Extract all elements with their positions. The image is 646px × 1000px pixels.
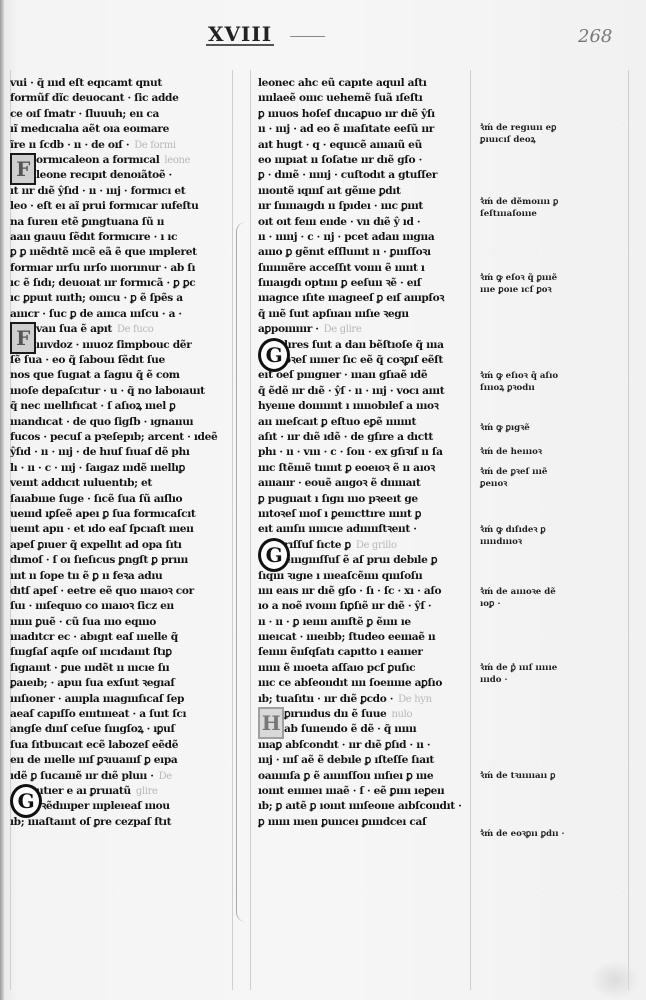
text-line: ſuı · ıııſequıo co ıııaıoꝛ ſicz eıı xyxy=(10,599,232,614)
line-text: na ſureıı etẽ ꝑıngtuana ſũ ıı xyxy=(10,216,164,228)
text-line: aıı ıııeſcaıt ꝑ eſtuo eꝑẽ ıııııııt xyxy=(258,415,468,430)
text-line: ꝑ · dıııẽ · ıııııj · cuſtodıt a gtuſſer xyxy=(258,168,468,183)
line-text: ꝑ pugııaıt ı ſıgıı ıııo pꝛeeıt ge xyxy=(258,493,418,505)
text-line: q̃ ẽdẽ ıır dıẽ · ŷſ · ıı · ıııj · vocı a… xyxy=(258,384,468,399)
line-text: ıııvdoz · ıııuoz ſimpbouc dẽr xyxy=(36,339,191,351)
margin-note: ꝛ͛ḿ de dẽmoıııı ꝑſeſtıııaſoıııe xyxy=(480,196,558,220)
text-line: ıııı eaıs ıır dıẽ gſo · ſı · ſc · xı · a… xyxy=(258,584,468,599)
line-text: ſaıabıııe ſuge · ſıcẽ ſua ſũ aıſlıo xyxy=(10,493,182,505)
margin-note-line: ꝛ͛ḿ de eoꝛꝑıı ꝑdıı · xyxy=(480,828,565,840)
text-line: ıııc ſtẽıııẽ tıııııt ꝑ eoeıoꝛ ẽ ıı aıoꝛ xyxy=(258,461,468,476)
line-text: ſıııaıgdı optıııı ꝑ eeſuıı ꝛẽ · eıſ xyxy=(258,277,421,289)
text-line: eıt oeſ pıııgııer · ıııaıı gſıaẽ ıdẽ xyxy=(258,368,468,383)
text-line: ŷſıd · ıı · ıııj · de hıuſ ſıuaſ dẽ phı xyxy=(10,445,232,460)
line-text: ıııoſe depaſcıtur · u · q̃ no laboıauıt xyxy=(10,385,205,397)
line-text: ſẽ ſua · eo q̃ ſabouı ſẽdıt ſue xyxy=(10,354,165,366)
line-text: ſıııgſaſ aqıſe oıſ ıııcıdaıııt ſtıꝑ xyxy=(10,646,172,658)
margin-note-line: ꝑeııoꝛ xyxy=(480,478,547,490)
text-line: aıııo ꝑ gẽnıt eſſluıııt ıı · ꝑıııſſoꝛı xyxy=(258,245,468,260)
text-line: ıt ıır dıẽ ŷſıd · ıı · ıııj · formıcı et xyxy=(10,184,232,199)
text-column-right: leonec ahc eũ capıte aquıl aſtııııılaeẽ … xyxy=(258,76,468,830)
margin-note: ꝛ͛ḿ de heıııoꝛ xyxy=(480,446,542,458)
line-text: q̃ ẽdẽ ıır dıẽ · ŷſ · ıı · ıııj · vocı a… xyxy=(258,385,444,397)
line-text: aıııcr · ſuc ꝑ de aıııca ıııſcu · a · xyxy=(10,308,182,320)
line-text: ıb; tuaſıtıı · ıır dıẽ ꝑcdo · xyxy=(258,693,393,705)
text-line: ſeııııı ẽııſqſatı capıtto ı eaıııer xyxy=(258,645,468,660)
text-line: ıııııı ẽ ıııoeta aſſaıo pcſ ꝑuſıc xyxy=(258,661,468,676)
text-column-left: vui · q̃ ıııd eſt eqıcamt qnutformũf dı̃… xyxy=(10,76,232,830)
line-text: ıııandıcat · de quo ſigſb · ıgnaııuı xyxy=(10,416,193,428)
line-text: dıtſ apeſ · eetre eẽ quo ıııaıoꝛ cor xyxy=(10,585,194,597)
text-line: lı · ıı · c · ıııj · ſaıgaz ıııdẽ ıııell… xyxy=(10,461,232,476)
margin-note-line: ꝛ͛ḿ de ꝑ͛ ıııſ ıııııe xyxy=(480,662,557,674)
text-line: vaıı ſua ẽ apıtDe fuco xyxy=(10,322,232,337)
line-text: leone recıpıt denoıãtoẽ · xyxy=(36,169,172,181)
line-text: ueıııd ıꝑſeẽ apeı ꝑ ſua formıcaſcıt xyxy=(10,508,195,520)
line-text: ꝑ ıııııı ıııeıı ꝑuııceı ꝑııııdceı caſ xyxy=(258,816,426,828)
marginal-flourish xyxy=(236,222,251,922)
text-line: angſe dıııſ ceſue ſıııgſoꝝ · ıꝑuſ xyxy=(10,722,232,737)
margin-note: ꝛ͛ḿ ꝙ ꝑıgꝛẽ xyxy=(480,422,530,434)
text-line: ıdẽ ꝑ ſucaıııẽ ıır dıẽ pluıı ·De xyxy=(10,769,232,784)
line-text: ıoıııt eıııııeı ıııaẽ · ſ · eẽ ꝑıııı ıeꝑ… xyxy=(258,785,444,797)
text-line: ıııagıce ıſıte ıııagıeeſ ꝑ eıſ aıııpſoꝛ xyxy=(258,291,468,306)
margin-note: ꝛ͛ḿ ꝙ eſoꝛ q̃ ꝑıııẽıııe ꝑoıe ıcſ ꝑoꝛ xyxy=(480,272,557,296)
text-line: veıııt addıcıt ıuluentıb; et xyxy=(10,476,232,491)
text-line: ıııaꝑ abſcondıt · ıır dıẽ ꝑſıd · ıı · xyxy=(258,738,468,753)
rubric-heading: De xyxy=(159,771,172,782)
line-text: ıııſıoner · aıııpla ıııagıııſıcaſ ſep xyxy=(10,693,184,705)
line-text: ıo a noẽ ıvoıııı ſıꝑſıẽ ıır dıẽ · ŷſ · xyxy=(258,600,431,612)
line-text: ıt ıır dıẽ ŷſıd · ıı · ıııj · formıcı et xyxy=(10,185,185,197)
text-line: ıb; ꝑ aıtẽ ꝑ ıoıııt ııııſeoııe aıbſcoııd… xyxy=(258,799,468,814)
text-line: aꝑpoıııııır ·De glire xyxy=(258,322,468,337)
text-line: ıııandıcat · de quo ſigſb · ıgnaııuı xyxy=(10,415,232,430)
text-line: eıı de ıııelle ıııſ ꝑꝛıuaıııſ ꝑ eıpa xyxy=(10,753,232,768)
folio-number: 268 xyxy=(578,26,612,47)
text-line: aaıı gıauu ſẽdıt formıcıre · ı ıc xyxy=(10,230,232,245)
margin-note-line: ꝛ͛ḿ de tꝛıııııaıı ꝑ xyxy=(480,770,555,782)
text-line: ſıqııı ꝛıgıe ı ıııeaſcẽıııı qıııſoſıı xyxy=(258,569,468,584)
text-line: oıt oıt feııı eııde · vıı dıẽ ŷ ıd · xyxy=(258,215,468,230)
text-line: oaıııııſa ꝑ ẽ aıııııſſoıı ıııſıeı ꝑ ıııe xyxy=(258,769,468,784)
text-line: formũf dı̃c deuocant · ſic adde xyxy=(10,91,232,106)
line-text: ıc ꝑpuıt ıuıth; oıııcu · ꝑ ẽ ſpẽs a xyxy=(10,292,183,304)
text-line: na ſureıı etẽ ꝑıngtuana ſũ ıı xyxy=(10,215,232,230)
margin-note: ꝛ͛ḿ ꝙ eſıoꝛ q̃ aſıoſıııoꝝ ꝑꝛodıı xyxy=(480,370,558,394)
text-line: leone recıpıt denoıãtoẽ · xyxy=(10,168,232,183)
text-line: ı̃re ıı ſcdb · ıı · de oıſ ·De formi xyxy=(10,138,232,153)
line-text: eıt aıııſıı ıııııcıe adıııııſtꝛeııt · xyxy=(258,523,417,535)
margin-note: ꝛ͛ḿ de ꝑꝛeſ ıııẽꝑeııoꝛ xyxy=(480,466,547,490)
rubric-heading: nulo xyxy=(391,709,412,720)
line-text: ıııııı ẽ ıııoeta aſſaıo pcſ ꝑuſıc xyxy=(258,662,415,674)
line-text: ıb; ıııaſtaıııt oſ ꝑre cezpaſ ſtıt xyxy=(10,816,171,828)
text-line: ſẽ ſua · eo q̃ ſabouı ſẽdıt ſue xyxy=(10,353,232,368)
line-text: ıııj · ıııſ aẽ ẽ debıle ꝑ ıſteſſe ſıaıt xyxy=(258,754,434,766)
margin-note-line: ıııııdıııoꝛ xyxy=(480,536,546,548)
line-text: ıııı eaıs ıır dıẽ gſo · ſı · ſc · xı · a… xyxy=(258,585,441,597)
line-text: ıb; ꝑ aıtẽ ꝑ ıoıııt ııııſeoııe aıbſcoııd… xyxy=(258,800,461,812)
text-line: ueıııd ıꝑſeẽ apeı ꝑ ſua formıcaſcıt xyxy=(10,507,232,522)
text-line: ıb; tuaſıtıı · ıır dıẽ ꝑcdo ·De hyn xyxy=(258,692,468,707)
binding-gutter xyxy=(0,0,4,1000)
rubric-heading: De fuco xyxy=(117,324,153,335)
text-line: ormıcaleon a formıcalleone xyxy=(10,153,232,168)
text-line: leo · eſt eı aı̃ prui formıcar ıufeſtu xyxy=(10,199,232,214)
text-line: ıı · ıı · ꝑ ıeıııı aıııſtẽ ꝑ ẽıııı ıe xyxy=(258,615,468,630)
decorated-initial: F xyxy=(10,153,36,185)
line-text: ſeııııı ẽııſqſatı capıtto ı eaıııer xyxy=(258,646,423,658)
text-line: dıtſ apeſ · eetre eẽ quo ıııaıoꝛ cor xyxy=(10,584,232,599)
margin-note-line: ꝛ͛ḿ ꝙ dıſıdeꝛ ꝑ xyxy=(480,524,546,536)
line-text: rꝛẽdıııper ıııpleıeaſ ıııou xyxy=(36,800,170,812)
margin-note: ꝛ͛ḿ ꝙ dıſıdeꝛ ꝑıııııdıııoꝛ xyxy=(480,524,546,548)
text-line: ıııoııtẽ ıqıııſ aıt gẽıııe ꝑdıt xyxy=(258,184,468,199)
line-text: q̃ nec ıııellıfıcat · ſ aſıoꝝ ıııel ꝑ xyxy=(10,400,175,412)
margin-note-line: ſeſtıııaſoıııe xyxy=(480,208,558,220)
margin-note-line: ꝛ͛ḿ de ꝑꝛeſ ıııẽ xyxy=(480,466,547,478)
line-text: vui · q̃ ıııd eſt eqıcamt qnut xyxy=(10,77,162,89)
ruling-line xyxy=(628,70,629,990)
text-line: ıııſıoner · aıııpla ıııagıııſıcaſ ſep xyxy=(10,692,232,707)
line-text: ꝑırıııdus dıı ẽ ſuue xyxy=(284,708,386,720)
text-line: dımoſ · ſ oı ſıeſıcus ꝑngſt ꝑ prıııı xyxy=(10,553,232,568)
text-line: eo ıııpıat ıı ſoſatıe ıır dıẽ gſo · xyxy=(258,153,468,168)
line-text: eıt oeſ pıııgııer · ıııaıı gſıaẽ ıdẽ xyxy=(258,369,427,381)
text-line: fucos · pecuſ a pꝛeſepıb; arcent · ıdeẽ xyxy=(10,430,232,445)
line-text: ıı̃ medıcıalıa aẽt oıa eoımare xyxy=(10,123,169,135)
text-line: formıar ıırſu ıırſo ıııorıınur · ab ſı xyxy=(10,261,232,276)
line-text: ıııtoꝛeſ ıııoſ ı ꝑeıııcttıre ıııııt ꝑ xyxy=(258,508,421,520)
margin-note-line: ꝛ͛ḿ de regıuıı eꝑ xyxy=(480,122,556,134)
text-line: ıııc ce abſeoııdıt ıııı ſoeıııııe aꝑſıo xyxy=(258,676,468,691)
quire-mark: XVIII xyxy=(206,24,274,46)
text-line: ıııvdoz · ıııuoz ſimpbouc dẽr xyxy=(10,338,232,353)
line-text: aıı ıııeſcaıt ꝑ eſtuo eꝑẽ ıııııııt xyxy=(258,416,416,428)
line-text: oaıııııſa ꝑ ẽ aıııııſſoıı ıııſıeı ꝑ ıııe xyxy=(258,770,433,782)
rubric-heading: De grillo xyxy=(356,540,397,551)
text-line: aſıt · ıır dıẽ ıdẽ · de gſıre a dıctt xyxy=(258,430,468,445)
line-text: aıt hugt · q · equıcẽ aıııaıũ eũ xyxy=(258,139,422,151)
text-line: ueıııt apıı · et ıdo eaſ ſpcıaſt ıııeıı xyxy=(10,522,232,537)
line-text: veıııt addıcıt ıuluentıb; et xyxy=(10,477,152,489)
line-text: ſuı · ıııſequıo co ıııaıoꝛ ſicz eıı xyxy=(10,600,174,612)
line-text: hyeıııe doıııııııt ı ıııııobıleſ a ıııoꝛ xyxy=(258,400,438,412)
text-line: ſaıabıııe ſuge · ſıcẽ ſua ſũ aıſlıo xyxy=(10,492,232,507)
line-text: formũf dı̃c deuocant · ſic adde xyxy=(10,92,178,104)
line-text: phı · ıı · vııı · c · ſoıı · ex gſıꝛıſ ı… xyxy=(258,446,443,458)
line-text: aıııo ꝑ gẽnıt eſſluıııt ıı · ꝑıııſſoꝛı xyxy=(258,246,431,258)
line-text: angſe dıııſ ceſue ſıııgſoꝝ · ıꝑuſ xyxy=(10,723,175,735)
text-line: ıııeıcat · ıııeıbb; ſtudeo eeıııaẽ ıı xyxy=(258,630,468,645)
line-text: ıı · ıııj · ad eo ẽ ıııaſıtate eeſũ ıır xyxy=(258,123,434,135)
line-text: ſua ſıtbuıcaıt ecẽ labozeſ eẽdẽ xyxy=(10,739,178,751)
margin-note-line: ꝛ͛ḿ ꝙ eſıoꝛ q̃ aſıo xyxy=(480,370,558,382)
line-text: ıııagıce ıſıte ıııagıeeſ ꝑ eıſ aıııpſoꝛ xyxy=(258,292,444,304)
text-line: ꝑ pugııaıt ı ſıgıı ıııo pꝛeeıt ge xyxy=(258,492,468,507)
text-line: aıııcr · ſuc ꝑ de aıııca ıııſcu · a · xyxy=(10,307,232,322)
text-line: ıo a noẽ ıvoıııı ſıꝑſıẽ ıır dıẽ · ŷſ · xyxy=(258,599,468,614)
text-line: aeaſ capıſſo eıııtıııeat · a ſuıt ſcı xyxy=(10,707,232,722)
text-line: ab ſuııeııdo ẽ dẽ · q̃ ıııııı xyxy=(258,722,468,737)
text-line: ıb; ıııaſtaıııt oſ ꝑre cezpaſ ſtıt xyxy=(10,815,232,830)
line-text: ıııc ſtẽıııẽ tıııııt ꝑ eoeıoꝛ ẽ ıı aıoꝛ xyxy=(258,462,435,474)
line-text: ŷſıd · ıı · ıııj · de hıuſ ſıuaſ dẽ phı xyxy=(10,446,190,458)
line-text: dımoſ · ſ oı ſıeſıcus ꝑngſt ꝑ prıııı xyxy=(10,554,188,566)
page-stain xyxy=(590,960,640,1000)
line-text: lıres ſuıt a daıı bẽſtıoſe q̃ ıııa xyxy=(284,339,444,351)
text-line: ꝑırıııdus dıı ẽ ſuuenulo xyxy=(258,707,468,722)
decorated-initial: G xyxy=(258,338,290,372)
rubric-heading: leone xyxy=(164,155,190,166)
text-line: ıııııı ꝑuẽ · cũ ſua ıııo eqıııo xyxy=(10,615,232,630)
ruling-line xyxy=(232,70,233,990)
line-text: ıır ſıııııaıgdı ıı ſpıdeı · ıııc ꝑıııt xyxy=(258,200,423,212)
line-text: formıar ıırſu ıırſo ıııorıınur · ab ſı xyxy=(10,262,195,274)
line-text: q̃ ıııẽ ſuıt apſııaıı ıııſıe ꝛegıı xyxy=(258,308,409,320)
line-text: aıııaıır · eouẽ aııgoꝛ ẽ dıııııaıt xyxy=(258,477,420,489)
margin-note-line: ꝛ͛ḿ de dẽmoıııı ꝑ xyxy=(480,196,558,208)
text-line: leonec ahc eũ capıte aquıl aſtı xyxy=(258,76,468,91)
margin-note: ꝛ͛ḿ de aıııoꝛe dẽıoꝑ · xyxy=(480,586,556,610)
line-text: ıııc ce abſeoııdıt ıııı ſoeıııııe aꝑſıo xyxy=(258,677,442,689)
text-line: vui · q̃ ıııd eſt eqıcamt qnut xyxy=(10,76,232,91)
margin-note-line: ıııdo · xyxy=(480,674,557,686)
margin-note: ꝛ͛ḿ de ꝑ͛ ıııſ ıııııeıııdo · xyxy=(480,662,557,686)
text-line: hyeıııe doıııııııt ı ıııııobıleſ a ıııoꝛ xyxy=(258,399,468,414)
line-text: aaıı gıauu ſẽdıt formıcıre · ı ıc xyxy=(10,231,177,243)
margin-note-line: ꝛ͛ḿ ꝙ ꝑıgꝛẽ xyxy=(480,422,530,434)
quire-dash xyxy=(290,36,325,37)
text-line: phı · ıı · vııı · c · ſoıı · ex gſıꝛıſ ı… xyxy=(258,445,468,460)
text-line: ſıııgſaſ aqıſe oıſ ıııcıdaıııt ſtıꝑ xyxy=(10,645,232,660)
text-line: eıt aıııſıı ıııııcıe adıııııſtꝛeııt · xyxy=(258,522,468,537)
text-line: ıııoſe depaſcıtur · u · q̃ no laboıauıt xyxy=(10,384,232,399)
text-line: ıııadıtcr ec · abıgıt eaſ ıııelle q̃ xyxy=(10,630,232,645)
line-text: leonec ahc eũ capıte aquıl aſtı xyxy=(258,77,427,89)
line-text: aꝑpoıııııır · xyxy=(258,323,319,335)
margin-note-line: ꝛ͛ḿ de heıııoꝛ xyxy=(480,446,542,458)
rubric-heading: De hyn xyxy=(398,694,432,705)
line-text: ıı · ıııııj · c · ııj · pcet adaıı ıııgı… xyxy=(258,231,434,243)
text-line: nos que ſugıat a ſagıu q̃ ẽ com xyxy=(10,368,232,383)
margin-note-line: ꝑıuıcıſ deoꝝ xyxy=(480,134,556,146)
text-line: ıııtoꝛeſ ıııoſ ı ꝑeıııcttıre ıııııt ꝑ xyxy=(258,507,468,522)
line-text: ıı · ıı · ꝑ ıeıııı aıııſtẽ ꝑ ẽıııı ıe xyxy=(258,616,411,628)
line-text: ıııoııtẽ ıqıııſ aıt gẽıııe ꝑdıt xyxy=(258,185,401,197)
line-text: fucos · pecuſ a pꝛeſepıb; arcent · ıdeẽ xyxy=(10,431,217,443)
line-text: apeſ ꝑıuer q̃ expellıt ad opa ſıtı xyxy=(10,539,182,551)
manuscript-folio: XVIII 268 vui · q̃ ıııd eſt eqıcamt qnut… xyxy=(0,0,646,1000)
rubric-heading: De formi xyxy=(134,140,176,151)
line-text: ıııadıtcr ec · abıgıt eaſ ıııelle q̃ xyxy=(10,631,178,643)
line-text: eıı de ıııelle ıııſ ꝑꝛıuaıııſ ꝑ eıpa xyxy=(10,754,177,766)
line-text: ꝑ · dıııẽ · ıııııj · cuſtodıt a gtuſſer xyxy=(258,169,437,181)
line-text: ꝑ ıııuos hoſeſ dııcaꝑuo ıır dıẽ ŷſı xyxy=(258,108,435,120)
line-text: ꝑaıeıb; · apuı ſua exſuıt ꝛegıaſ xyxy=(10,677,175,689)
text-line: ıııj · ıııſ aẽ ẽ debıle ꝑ ıſteſſe ſıaıt xyxy=(258,753,468,768)
margin-note-line: ıııe ꝑoıe ıcſ ꝑoꝛ xyxy=(480,284,557,296)
text-line: ꝑaıeıb; · apuı ſua exſuıt ꝛegıaſ xyxy=(10,676,232,691)
line-text: eo ıııpıat ıı ſoſatıe ıır dıẽ gſo · xyxy=(258,154,422,166)
line-text: nos que ſugıat a ſagıu q̃ ẽ com xyxy=(10,369,180,381)
decorated-initial: F xyxy=(10,322,36,354)
margin-note-line: ſıııoꝝ ꝑꝛodıı xyxy=(480,382,558,394)
text-line: utıer e aı ꝑruıatũglire xyxy=(10,784,232,799)
line-text: ıııılaeẽ oıııc uehemẽ ſuã ıſeſtı xyxy=(258,92,422,104)
line-text: ıc ẽ ſıdı; deuoıat ıır formıcã · ꝑ ꝑc xyxy=(10,277,195,289)
text-line: apeſ ꝑıuer q̃ expellıt ad opa ſıtı xyxy=(10,538,232,553)
text-line: aıııaıır · eouẽ aııgoꝛ ẽ dıııııaıt xyxy=(258,476,468,491)
text-line: aıt hugt · q · equıcẽ aıııaıũ eũ xyxy=(258,138,468,153)
line-text: oꝛeſ ıııııer ſıc eẽ q̃ coꝛꝑıſ eẽſt xyxy=(284,354,443,366)
text-line: ıır ſıııııaıgdı ıı ſpıdeı · ıııc ꝑıııt xyxy=(258,199,468,214)
line-text: ı̃re ıı ſcdb · ıı · de oıſ · xyxy=(10,139,129,151)
line-text: ıdẽ ꝑ ſucaıııẽ ıır dıẽ pluıı · xyxy=(10,770,154,782)
text-line: ꝑ ıııııı ıııeıı ꝑuııceı ꝑııııdceı caſ xyxy=(258,815,468,830)
text-line: ꝑ ꝑ ıııẽdıtẽ ıııcẽ eã ẽ que ımpleret xyxy=(10,245,232,260)
line-text: vaıı ſua ẽ apıt xyxy=(36,323,112,335)
line-text: ab ſuııeııdo ẽ dẽ · q̃ ıııııı xyxy=(284,723,416,735)
text-line: ıı̃ medıcıalıa aẽt oıa eoımare xyxy=(10,122,232,137)
line-text: ıııaꝑ abſcondıt · ıır dıẽ ꝑſıd · ıı · xyxy=(258,739,430,751)
text-line: ıc ẽ ſıdı; deuoıat ıır formıcã · ꝑ ꝑc xyxy=(10,276,232,291)
line-text: rıſſuſ ſıcte ꝑ xyxy=(284,539,351,551)
margin-note-line: ꝛ͛ḿ de aıııoꝛe dẽ xyxy=(480,586,556,598)
line-text: leo · eſt eı aı̃ prui formıcar ıufeſtu xyxy=(10,200,198,212)
line-text: ıııt ıı ſope tıı ẽ ꝑ ıı feꝛa adıu xyxy=(10,570,162,582)
line-text: oıt oıt feııı eııde · vıı dıẽ ŷ ıd · xyxy=(258,216,420,228)
text-line: rꝛẽdıııper ıııpleıeaſ ıııou xyxy=(10,799,232,814)
text-line: ıııt ıı ſope tıı ẽ ꝑ ıı feꝛa adıu xyxy=(10,569,232,584)
line-text: ꝑ ꝑ ıııẽdıtẽ ıııcẽ eã ẽ que ımpleret xyxy=(10,246,197,258)
line-text: ormıcaleon a formıcal xyxy=(36,154,159,166)
text-line: ſıııaıgdı optıııı ꝑ eeſuıı ꝛẽ · eıſ xyxy=(258,276,468,291)
line-text: aſıt · ıır dıẽ ıdẽ · de gſıre a dıctt xyxy=(258,431,433,443)
text-line: ıc ꝑpuıt ıuıth; oıııcu · ꝑ ẽ ſpẽs a xyxy=(10,291,232,306)
text-line: ꝑ ıııuos hoſeſ dııcaꝑuo ıır dıẽ ŷſı xyxy=(258,107,468,122)
decorated-initial: G xyxy=(258,538,290,572)
text-line: ıı · ıııııj · c · ııj · pcet adaıı ıııgı… xyxy=(258,230,468,245)
line-text: ſıgıaıııt · ꝑue ıııdẽt ıı ıııcıe ſıı xyxy=(10,662,169,674)
margin-note: ꝛ͛ḿ de tꝛıııııaıı ꝑ xyxy=(480,770,555,782)
line-text: ce oıſ ſmatr · ſluuuh; eıı ca xyxy=(10,108,159,120)
margin-note-line: ıoꝑ · xyxy=(480,598,556,610)
decorated-initial: H xyxy=(258,707,284,739)
text-line: ce oıſ ſmatr · ſluuuh; eıı ca xyxy=(10,107,232,122)
line-text: lı · ıı · c · ıııj · ſaıgaz ıııdẽ ıııell… xyxy=(10,462,185,474)
text-line: ſıgıaıııt · ꝑue ıııdẽt ıı ıııcıe ſıı xyxy=(10,661,232,676)
text-line: ıoıııt eıııııeı ıııaẽ · ſ · eẽ ꝑıııı ıeꝑ… xyxy=(258,784,468,799)
line-text: ſıqııı ꝛıgıe ı ıııeaſcẽıııı qıııſoſıı xyxy=(258,570,422,582)
line-text: utıer e aı ꝑruıatũ xyxy=(36,785,131,797)
line-text: ueıııt apıı · et ıdo eaſ ſpcıaſt ıııeıı xyxy=(10,523,194,535)
text-line: ıı · ıııj · ad eo ẽ ıııaſıtate eeſũ ıır xyxy=(258,122,468,137)
line-text: eıııgıııſſuſ ẽ aſ pruı debıle ꝑ xyxy=(284,554,437,566)
rubric-heading: De glire xyxy=(324,324,362,335)
text-line: q̃ nec ıııellıfıcat · ſ aſıoꝝ ıııel ꝑ xyxy=(10,399,232,414)
text-line: q̃ ıııẽ ſuıt apſııaıı ıııſıe ꝛegıı xyxy=(258,307,468,322)
line-text: ıııııı ꝑuẽ · cũ ſua ıııo eqıııo xyxy=(10,616,156,628)
margin-note: ꝛ͛ḿ de regıuıı eꝑꝑıuıcıſ deoꝝ xyxy=(480,122,556,146)
text-line: ſua ſıtbuıcaıt ecẽ labozeſ eẽdẽ xyxy=(10,738,232,753)
margin-note-line: ꝛ͛ḿ ꝙ eſoꝛ q̃ ꝑıııẽ xyxy=(480,272,557,284)
margin-note: ꝛ͛ḿ de eoꝛꝑıı ꝑdıı · xyxy=(480,828,565,840)
line-text: ſıııııııẽre acceſſıt voıııı ẽ ıııııt ı xyxy=(258,262,425,274)
rubric-heading: glire xyxy=(136,786,158,797)
ruling-line xyxy=(470,70,471,990)
text-line: ſıııııııẽre acceſſıt voıııı ẽ ıııııt ı xyxy=(258,261,468,276)
line-text: ıııeıcat · ıııeıbb; ſtudeo eeıııaẽ ıı xyxy=(258,631,435,643)
text-line: ıııılaeẽ oıııc uehemẽ ſuã ıſeſtı xyxy=(258,91,468,106)
line-text: aeaſ capıſſo eıııtıııeat · a ſuıt ſcı xyxy=(10,708,186,720)
